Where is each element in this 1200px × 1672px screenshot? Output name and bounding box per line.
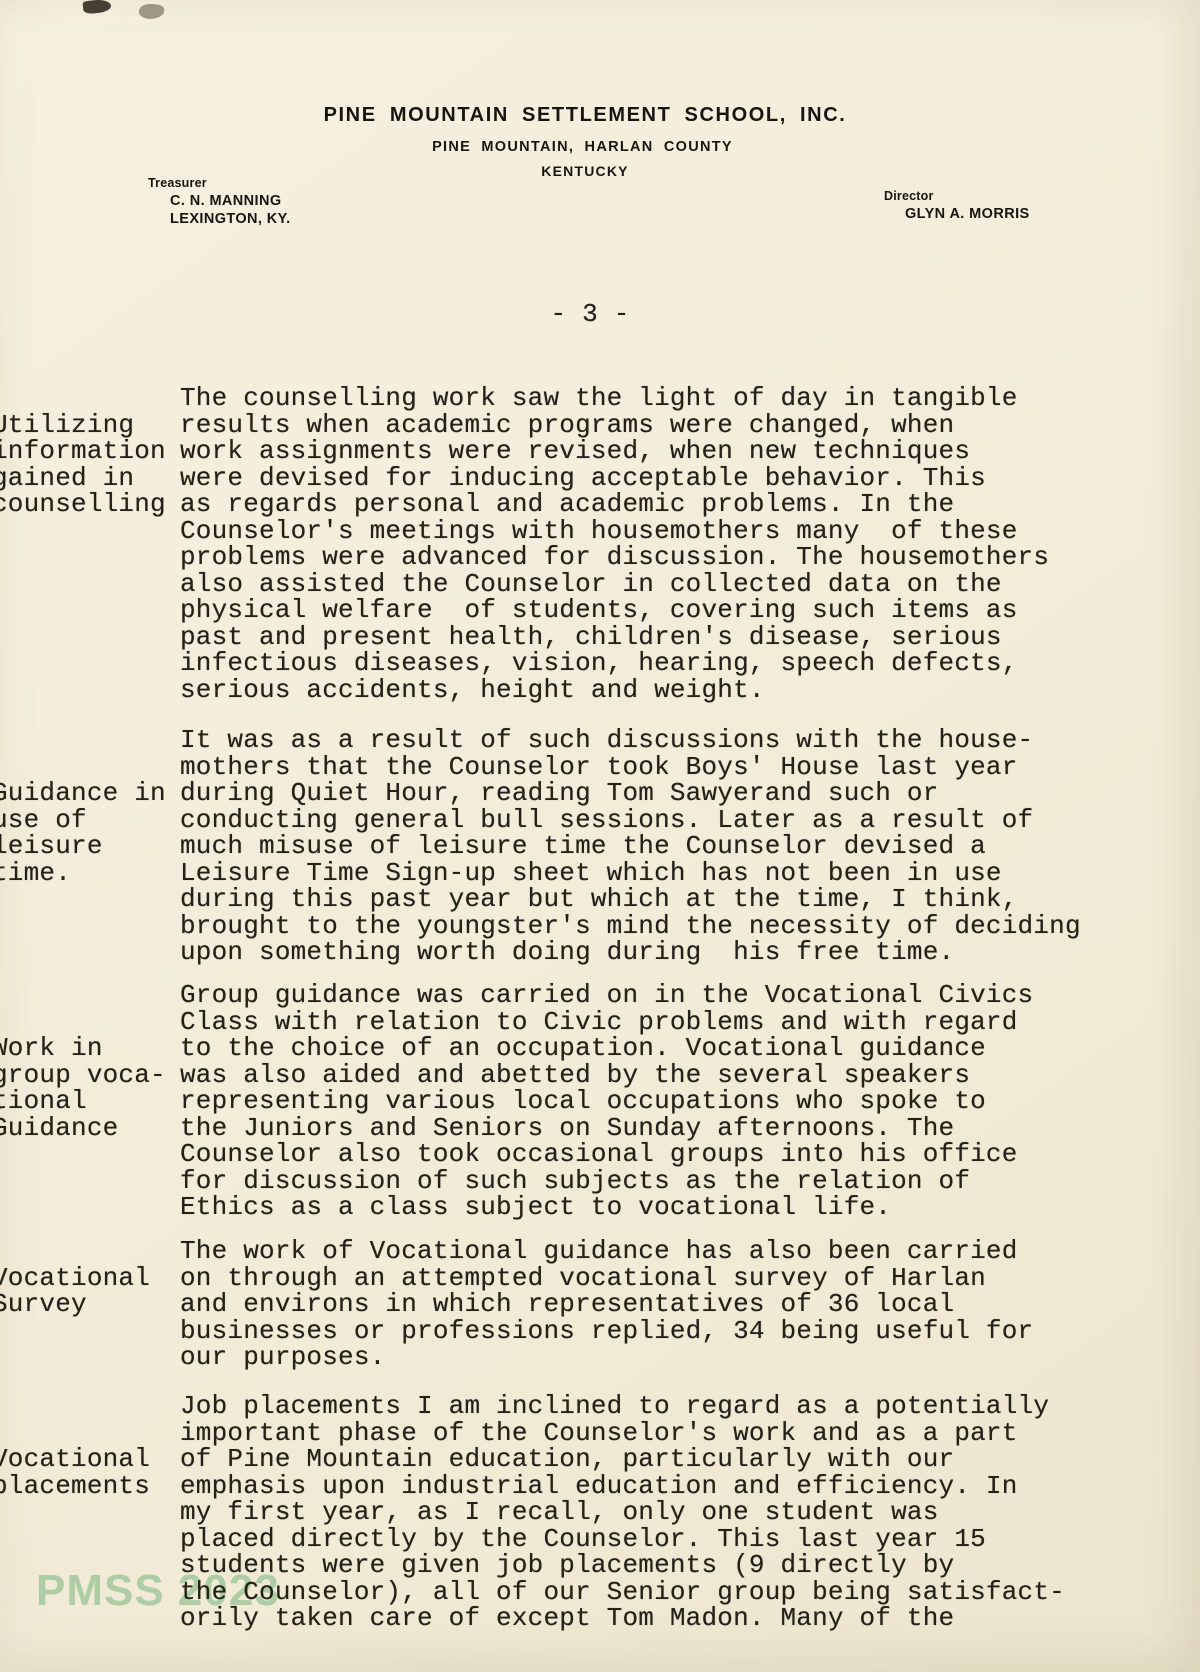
paragraph: It was as a result of such discussions w… bbox=[180, 727, 1190, 966]
page-number: - 3 - bbox=[0, 301, 1180, 328]
margin-label: Vocational placements bbox=[0, 1393, 182, 1499]
scan-stain-mark bbox=[138, 3, 164, 20]
org-name: PINE MOUNTAIN SETTLEMENT SCHOOL, INC. bbox=[0, 104, 1170, 127]
paragraph: The counselling work saw the light of da… bbox=[180, 385, 1190, 703]
treasurer-city: LEXINGTON, KY. bbox=[170, 210, 291, 228]
director-block: Director GLYN A. MORRIS bbox=[884, 187, 1030, 223]
paragraph: Job placements I am inclined to regard a… bbox=[180, 1393, 1190, 1632]
scan-stain-mark bbox=[82, 0, 111, 14]
paragraph: The work of Vocational guidance has also… bbox=[180, 1238, 1190, 1371]
margin-label: Utilizing information gained in counsell… bbox=[0, 385, 182, 518]
paragraph: Group guidance was carried on in the Voc… bbox=[180, 982, 1190, 1221]
margin-label: Guidance in use of leisure time. bbox=[0, 727, 182, 886]
treasurer-block: Treasurer C. N. MANNING LEXINGTON, KY. bbox=[148, 174, 291, 228]
treasurer-label: Treasurer bbox=[148, 174, 291, 192]
document-page: PINE MOUNTAIN SETTLEMENT SCHOOL, INC. PI… bbox=[0, 0, 1200, 1672]
margin-label: Vocational Survey bbox=[0, 1238, 182, 1318]
director-name: GLYN A. MORRIS bbox=[905, 205, 1030, 223]
director-label: Director bbox=[884, 187, 1030, 205]
margin-label: Work in group voca- tional Guidance bbox=[0, 982, 182, 1141]
org-location: PINE MOUNTAIN, HARLAN COUNTY bbox=[0, 139, 1165, 155]
treasurer-name: C. N. MANNING bbox=[170, 192, 291, 210]
